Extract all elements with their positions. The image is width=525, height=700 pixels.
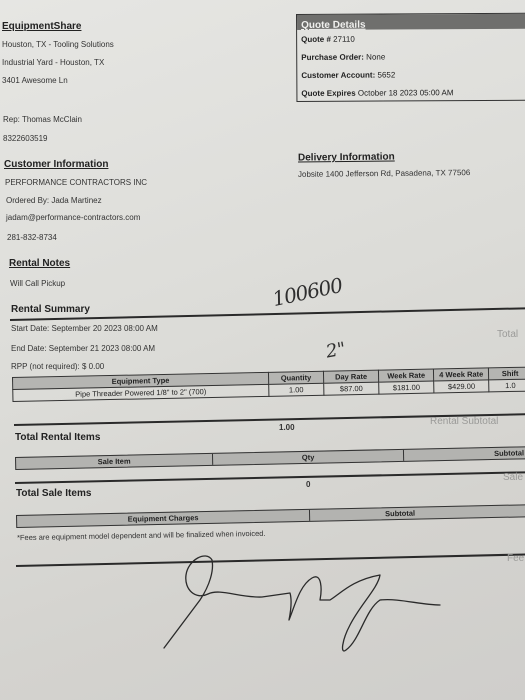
signature-scribble (0, 0, 525, 700)
